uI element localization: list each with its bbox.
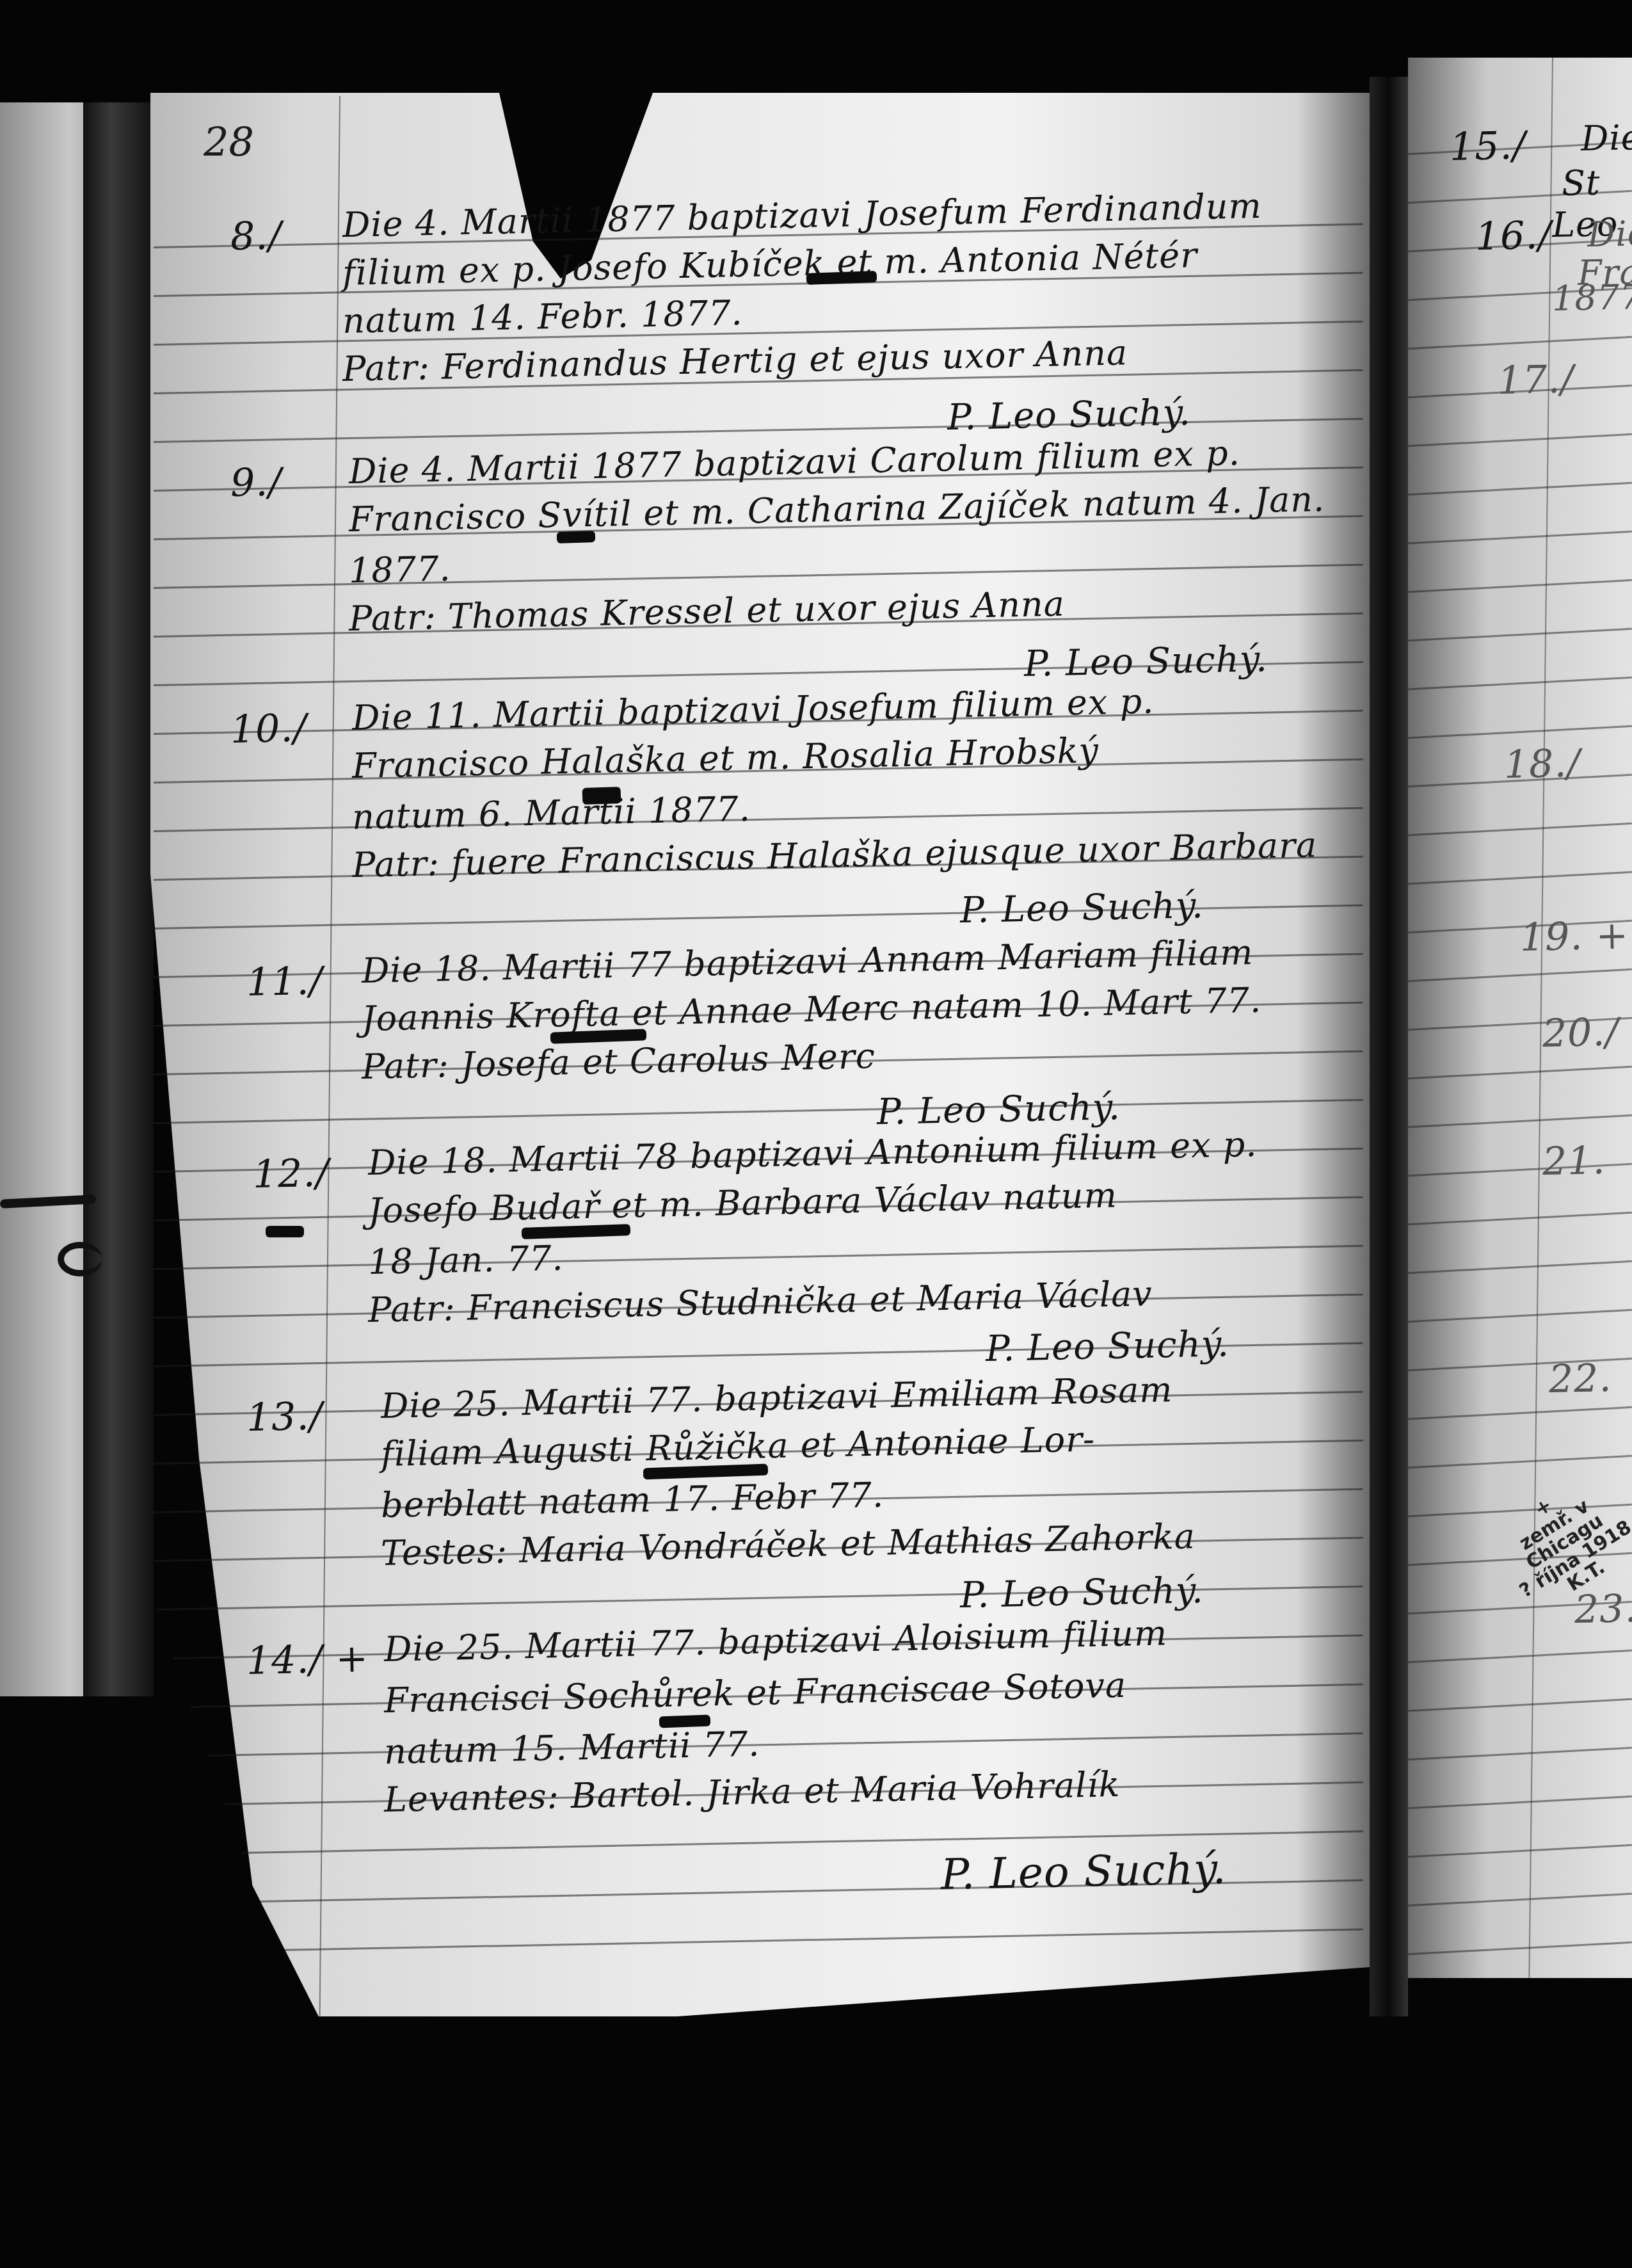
- right-fragment: Die: [1580, 117, 1632, 159]
- priest-signature: P. Leo Suchý.: [959, 1570, 1204, 1616]
- top-shadow: [1408, 0, 1632, 64]
- entry-line: 1877.: [348, 549, 451, 591]
- entry-number: 9./: [230, 460, 282, 506]
- entry-number: 12./: [252, 1151, 330, 1197]
- priest-signature: P. Leo Suchý.: [947, 392, 1191, 438]
- entry-line: natum 6. Martii 1877.: [351, 789, 751, 837]
- entry-number: 10./: [230, 706, 307, 752]
- right-entry-number: 22.: [1548, 1356, 1612, 1402]
- binding-string-loop: [58, 1242, 102, 1276]
- priest-signature: P. Leo Suchý.: [959, 885, 1204, 931]
- bottom-shadow: [0, 2016, 1632, 2268]
- priest-signature: P. Leo Suchý.: [1023, 638, 1268, 685]
- entry-number: 14./ +: [246, 1636, 369, 1684]
- right-fragment: Die: [1587, 213, 1632, 255]
- book-gutter: [1370, 77, 1408, 2061]
- entry-number: 8./: [230, 213, 282, 259]
- entry-line: 18 Jan. 77.: [367, 1238, 564, 1282]
- priest-signature: P. Leo Suchý.: [940, 1844, 1227, 1899]
- priest-signature: P. Leo Suchý.: [985, 1323, 1229, 1370]
- right-entry-number: 17./: [1497, 357, 1574, 403]
- entry-number: 11./: [246, 959, 323, 1005]
- right-entry-number: 20./: [1542, 1010, 1619, 1056]
- surname-underline: [582, 787, 621, 805]
- right-fragment: 1877: [1551, 277, 1632, 319]
- right-entry-number: 21.: [1542, 1138, 1606, 1184]
- entry-line: natum 14. Febr. 1877.: [342, 293, 743, 341]
- right-entry-number: 19. +: [1519, 913, 1629, 960]
- surname-underline: [557, 531, 596, 543]
- right-entry-number: 23.: [1574, 1586, 1632, 1632]
- surname-underline: [806, 271, 877, 285]
- right-entry-number: 18./: [1503, 741, 1581, 787]
- page-number: 28: [204, 118, 254, 165]
- book-spine: [83, 102, 154, 1959]
- entry-number: 13./: [246, 1394, 323, 1440]
- surname-underline: [266, 1226, 304, 1237]
- entry-line: natum 15. Martii 77.: [383, 1724, 760, 1772]
- right-fragment: St: [1561, 163, 1601, 204]
- right-entry-number: 16./: [1475, 213, 1552, 259]
- priest-signature: P. Leo Suchý.: [876, 1086, 1121, 1133]
- surname-underline: [659, 1715, 711, 1728]
- right-entry-number: 15./: [1449, 124, 1526, 170]
